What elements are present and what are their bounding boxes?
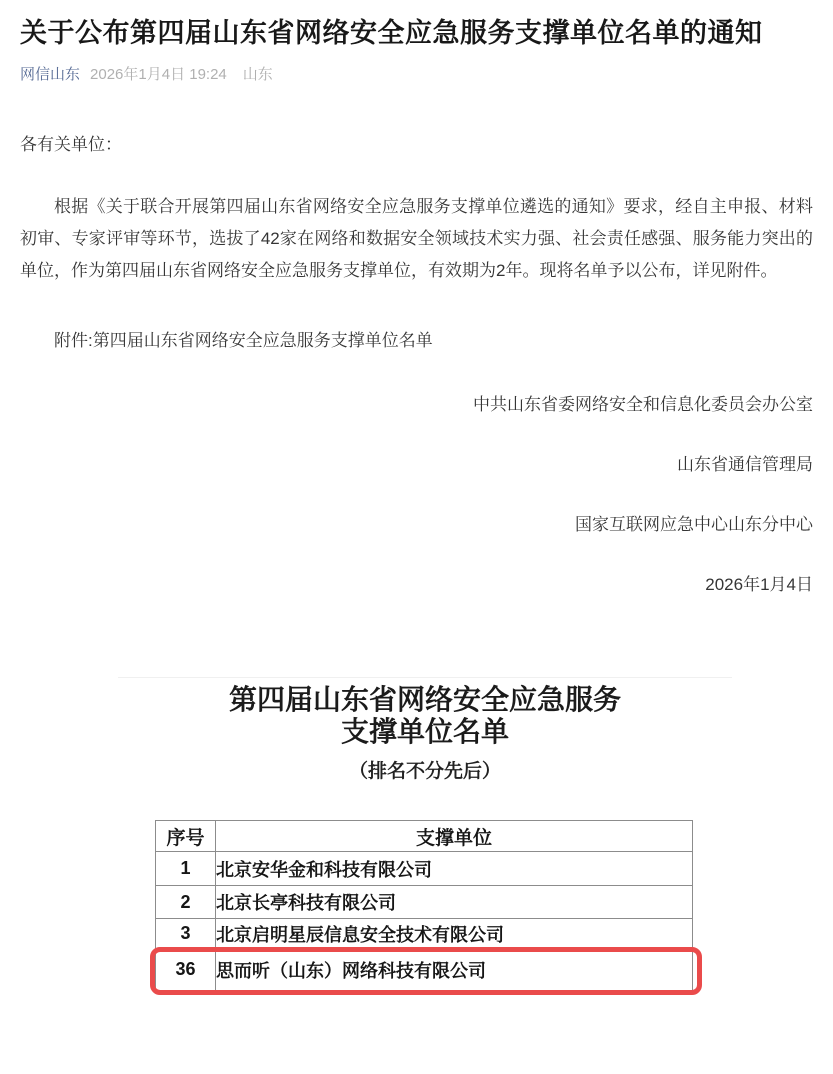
signature-date: 2026年1月4日	[20, 569, 813, 601]
row-index-cell: 1	[156, 852, 216, 886]
article-page: 关于公布第四届山东省网络安全应急服务支撑单位名单的通知 网信山东2026年1月4…	[0, 14, 833, 1042]
signature-line: 山东省通信管理局	[20, 449, 813, 481]
table-row: 1 北京安华金和科技有限公司	[156, 852, 693, 886]
body-paragraph: 根据《关于联合开展第四届山东省网络安全应急服务支撑单位遴选的通知》要求，经自主申…	[20, 191, 813, 287]
unit-name-cell: 北京安华金和科技有限公司	[216, 852, 693, 886]
units-table: 序号 支撑单位 1 北京安华金和科技有限公司 2 北京长亭科技有限公司 3 北京…	[155, 820, 693, 991]
article-title: 关于公布第四届山东省网络安全应急服务支撑单位名单的通知	[20, 14, 813, 52]
signature-line: 中共山东省委网络安全和信息化委员会办公室	[20, 389, 813, 421]
attachment-image-title: 第四届山东省网络安全应急服务 支撑单位名单	[118, 684, 732, 748]
row-index-cell: 3	[156, 919, 216, 949]
table-row: 3 北京启明星辰信息安全技术有限公司	[156, 919, 693, 949]
row-index-cell: 36	[156, 949, 216, 991]
row-index-cell: 2	[156, 886, 216, 919]
header-cell-index: 序号	[156, 821, 216, 852]
account-name-link[interactable]: 网信山东	[20, 66, 80, 83]
publish-region: 山东	[243, 66, 273, 83]
salutation-line: 各有关单位：	[20, 129, 813, 161]
header-cell-unit: 支撑单位	[216, 821, 693, 852]
unit-name-cell: 北京长亭科技有限公司	[216, 886, 693, 919]
publish-datetime: 2026年1月4日 19:24	[90, 66, 227, 83]
article-meta: 网信山东2026年1月4日 19:24山东	[20, 64, 813, 85]
attachment-image-title-line2: 支撑单位名单	[118, 716, 732, 748]
article-body: 各有关单位： 根据《关于联合开展第四届山东省网络安全应急服务支撑单位遴选的通知》…	[20, 129, 813, 1042]
table-header-row: 序号 支撑单位	[156, 821, 693, 852]
table-row-highlighted: 36 思而听（山东）网络科技有限公司	[156, 949, 693, 991]
unit-name-cell: 北京启明星辰信息安全技术有限公司	[216, 919, 693, 949]
attachment-line: 附件:第四届山东省网络安全应急服务支撑单位名单	[20, 325, 813, 357]
signature-line: 国家互联网应急中心山东分中心	[20, 509, 813, 541]
attachment-image[interactable]: 第四届山东省网络安全应急服务 支撑单位名单 （排名不分先后） 序号 支撑单位 1…	[118, 677, 732, 1042]
attachment-image-subtitle: （排名不分先后）	[118, 761, 732, 783]
units-table-wrap: 序号 支撑单位 1 北京安华金和科技有限公司 2 北京长亭科技有限公司 3 北京…	[155, 820, 693, 991]
table-row: 2 北京长亭科技有限公司	[156, 886, 693, 919]
unit-name-cell: 思而听（山东）网络科技有限公司	[216, 949, 693, 991]
attachment-image-title-line1: 第四届山东省网络安全应急服务	[118, 684, 732, 716]
